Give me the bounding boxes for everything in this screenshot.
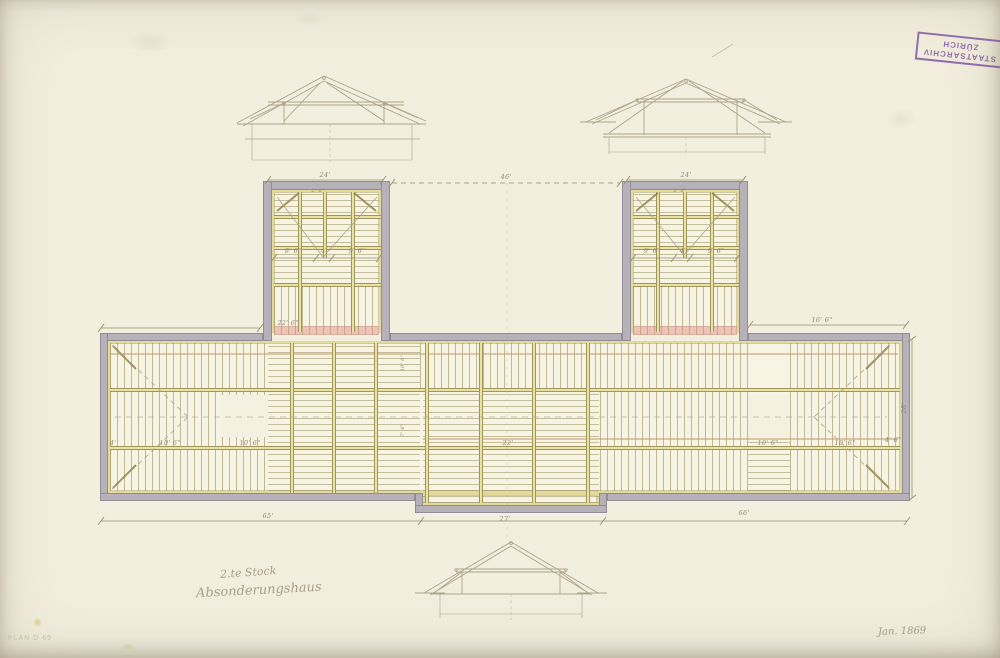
dimension-label: 46' [501,173,512,181]
dimension-label: 10' 6" [239,439,260,447]
dimension-label: 28' [900,403,908,414]
dimension-label: 10' 6" [757,439,778,447]
archive-plan-number: PLAN D 69 [8,635,52,642]
dimension-label: 9' 6" [644,247,661,255]
dimension-labels: 24'46'24'2' 6"2' 6"9' 6"4'9' 6"9' 6"4'9'… [0,0,1000,658]
dimension-label: 24' [320,171,331,179]
drawing-sheet: 24'46'24'2' 6"2' 6"9' 6"4'9' 6"9' 6"4'9'… [0,0,1000,658]
dimension-label: 27' [500,515,511,523]
dimension-label: 10' 6" [400,355,406,372]
dimension-label: 4' [110,439,117,447]
dimension-label: 66' [739,509,750,517]
dimension-label: 9' 6" [285,247,302,255]
dimension-label: 10' 6" [834,439,855,447]
handwritten-date: Jan. 1869 [878,625,927,638]
dimension-label: 9' 6" [349,247,366,255]
dimension-label: 4' [321,247,328,255]
paper-background: 24'46'24'2' 6"2' 6"9' 6"4'9' 6"9' 6"4'9'… [0,0,1000,658]
dimension-label: 4' [680,247,687,255]
dimension-label: 2' 6" [311,188,324,194]
dimension-label: 7' 6" [400,423,406,436]
dimension-label: 9' 6" [708,247,725,255]
dimension-label: 2' 6" [673,188,686,194]
dimension-label: 22' [503,439,514,447]
dimension-label: 22' 6" [277,319,298,327]
dimension-label: 4' 6" [885,436,902,444]
dimension-label: 10' 6" [159,439,180,447]
dimension-label: 24' [681,171,692,179]
dimension-label: 16' 6" [811,316,832,324]
dimension-label: 65' [263,512,274,520]
